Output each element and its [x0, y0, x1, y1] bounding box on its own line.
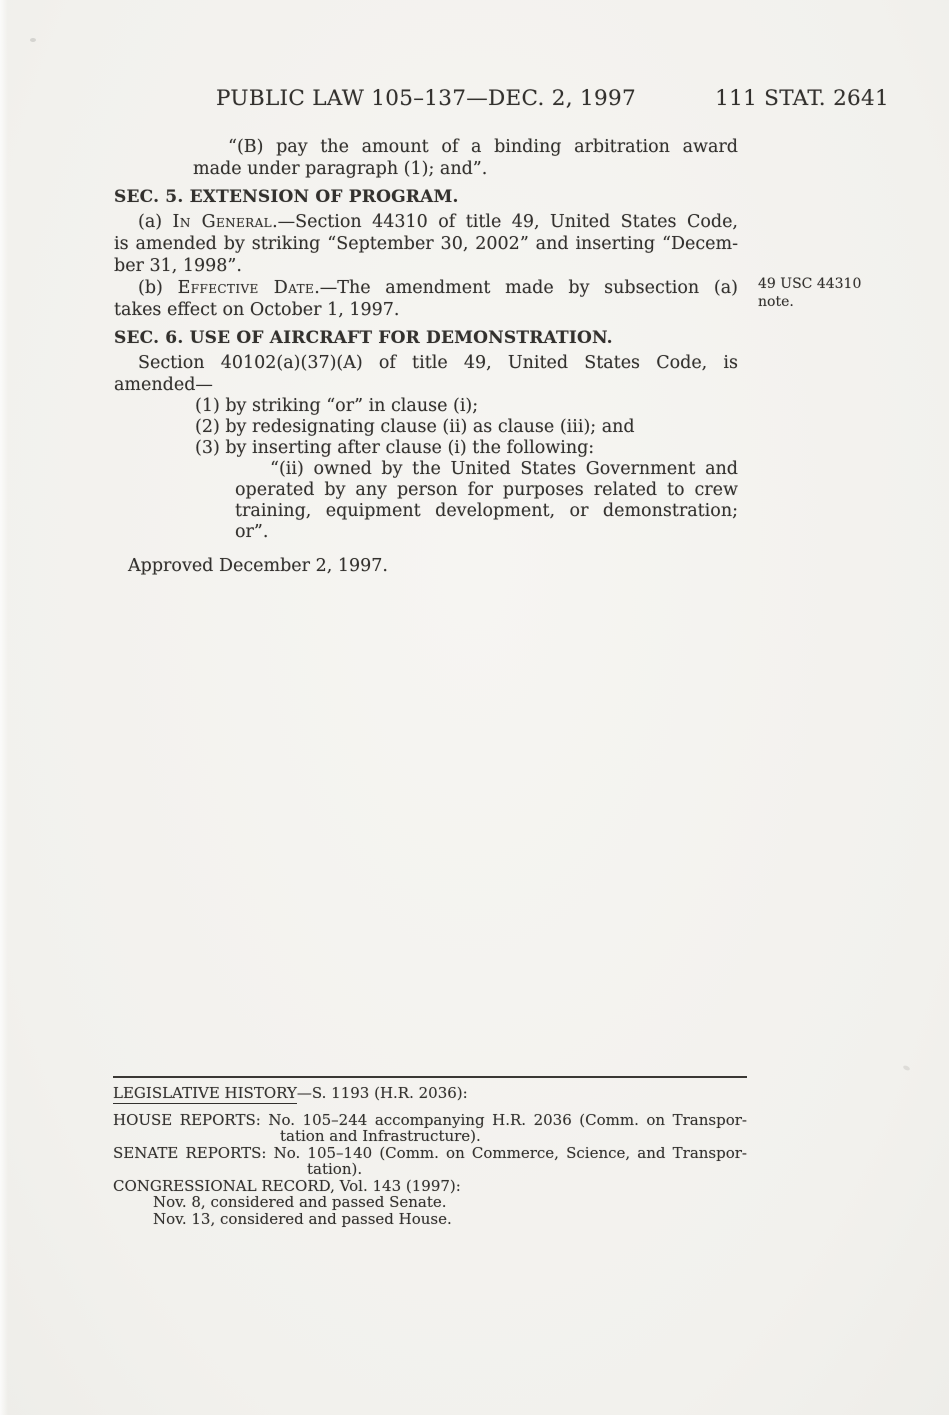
statute-text-column: “(B) pay the amount of a binding arbitra… — [114, 136, 738, 577]
sec5a-line: is amended by striking “September 30, 20… — [114, 233, 738, 255]
page-header-stat-citation: 111 STAT. 2641 — [715, 86, 889, 111]
sec6-item: (2) by redesignating clause (ii) as clau… — [114, 417, 738, 438]
scanned-statute-page: PUBLIC LAW 105–137—DEC. 2, 1997 111 STAT… — [0, 0, 949, 1415]
statute-text: .—Section 44310 of title 49, United Stat… — [272, 212, 738, 232]
sec5a-line: ber 31, 1998”. — [114, 255, 738, 277]
subsection-label: (a) — [138, 212, 173, 232]
margin-note-usc-citation: 49 USC 44310 note. — [758, 276, 888, 311]
quoted-clause-line: “(B) pay the amount of a binding arbitra… — [114, 136, 738, 158]
subsection-label: (b) — [138, 278, 178, 298]
sec5b-line: (b) Effective Date.—The amendment made b… — [114, 277, 738, 299]
sec6-item: (3) by inserting after clause (i) the fo… — [114, 438, 738, 459]
sec6-item: (1) by striking “or” in clause (i); — [114, 396, 738, 417]
margin-note-line: 49 USC 44310 — [758, 276, 888, 294]
page-header-law-title: PUBLIC LAW 105–137—DEC. 2, 1997 — [114, 86, 738, 111]
legislative-history-block: LEGISLATIVE HISTORY—S. 1193 (H.R. 2036):… — [113, 1076, 747, 1227]
legislative-history-title-rest: —S. 1193 (H.R. 2036): — [297, 1084, 468, 1102]
congressional-record-line: Nov. 8, considered and passed Senate. — [113, 1194, 747, 1211]
margin-note-line: note. — [758, 294, 888, 312]
house-reports-line: HOUSE REPORTS: No. 105–244 accompanying … — [113, 1112, 747, 1129]
house-reports-line: tation and Infrastructure). — [113, 1128, 747, 1145]
congressional-record-line: Nov. 13, considered and passed House. — [113, 1211, 747, 1228]
sec6-line: amended— — [114, 374, 738, 396]
sec6-heading: SEC. 6. USE OF AIRCRAFT FOR DEMONSTRATIO… — [114, 328, 738, 349]
sec5a-line: (a) In General.—Section 44310 of title 4… — [114, 211, 738, 233]
scan-speck — [30, 38, 36, 42]
senate-reports-line: SENATE REPORTS: No. 105–140 (Comm. on Co… — [113, 1145, 747, 1162]
scan-speck — [902, 1065, 910, 1072]
sec5-heading: SEC. 5. EXTENSION OF PROGRAM. — [114, 187, 738, 208]
legislative-history-title: LEGISLATIVE HISTORY — [113, 1084, 297, 1104]
statute-text: .—The amendment made by subsection (a) — [314, 278, 738, 298]
quoted-clause-line: operated by any person for purposes rela… — [114, 480, 738, 501]
quoted-clause-line: “(ii) owned by the United States Governm… — [114, 459, 738, 480]
congressional-record-line: CONGRESSIONAL RECORD, Vol. 143 (1997): — [113, 1178, 747, 1195]
small-caps-catchline: In General — [173, 212, 273, 232]
quoted-clause-line: made under paragraph (1); and”. — [114, 158, 738, 180]
legislative-history-heading: LEGISLATIVE HISTORY—S. 1193 (H.R. 2036): — [113, 1085, 747, 1102]
small-caps-catchline: Effective Date — [178, 278, 315, 298]
quoted-clause-line: or”. — [114, 522, 738, 543]
quoted-clause-line: training, equipment development, or demo… — [114, 501, 738, 522]
sec5b-line: takes effect on October 1, 1997. — [114, 299, 738, 321]
sec6-line: Section 40102(a)(37)(A) of title 49, Uni… — [114, 352, 738, 374]
approval-line: Approved December 2, 1997. — [114, 555, 738, 577]
senate-reports-line: tation). — [113, 1161, 747, 1178]
